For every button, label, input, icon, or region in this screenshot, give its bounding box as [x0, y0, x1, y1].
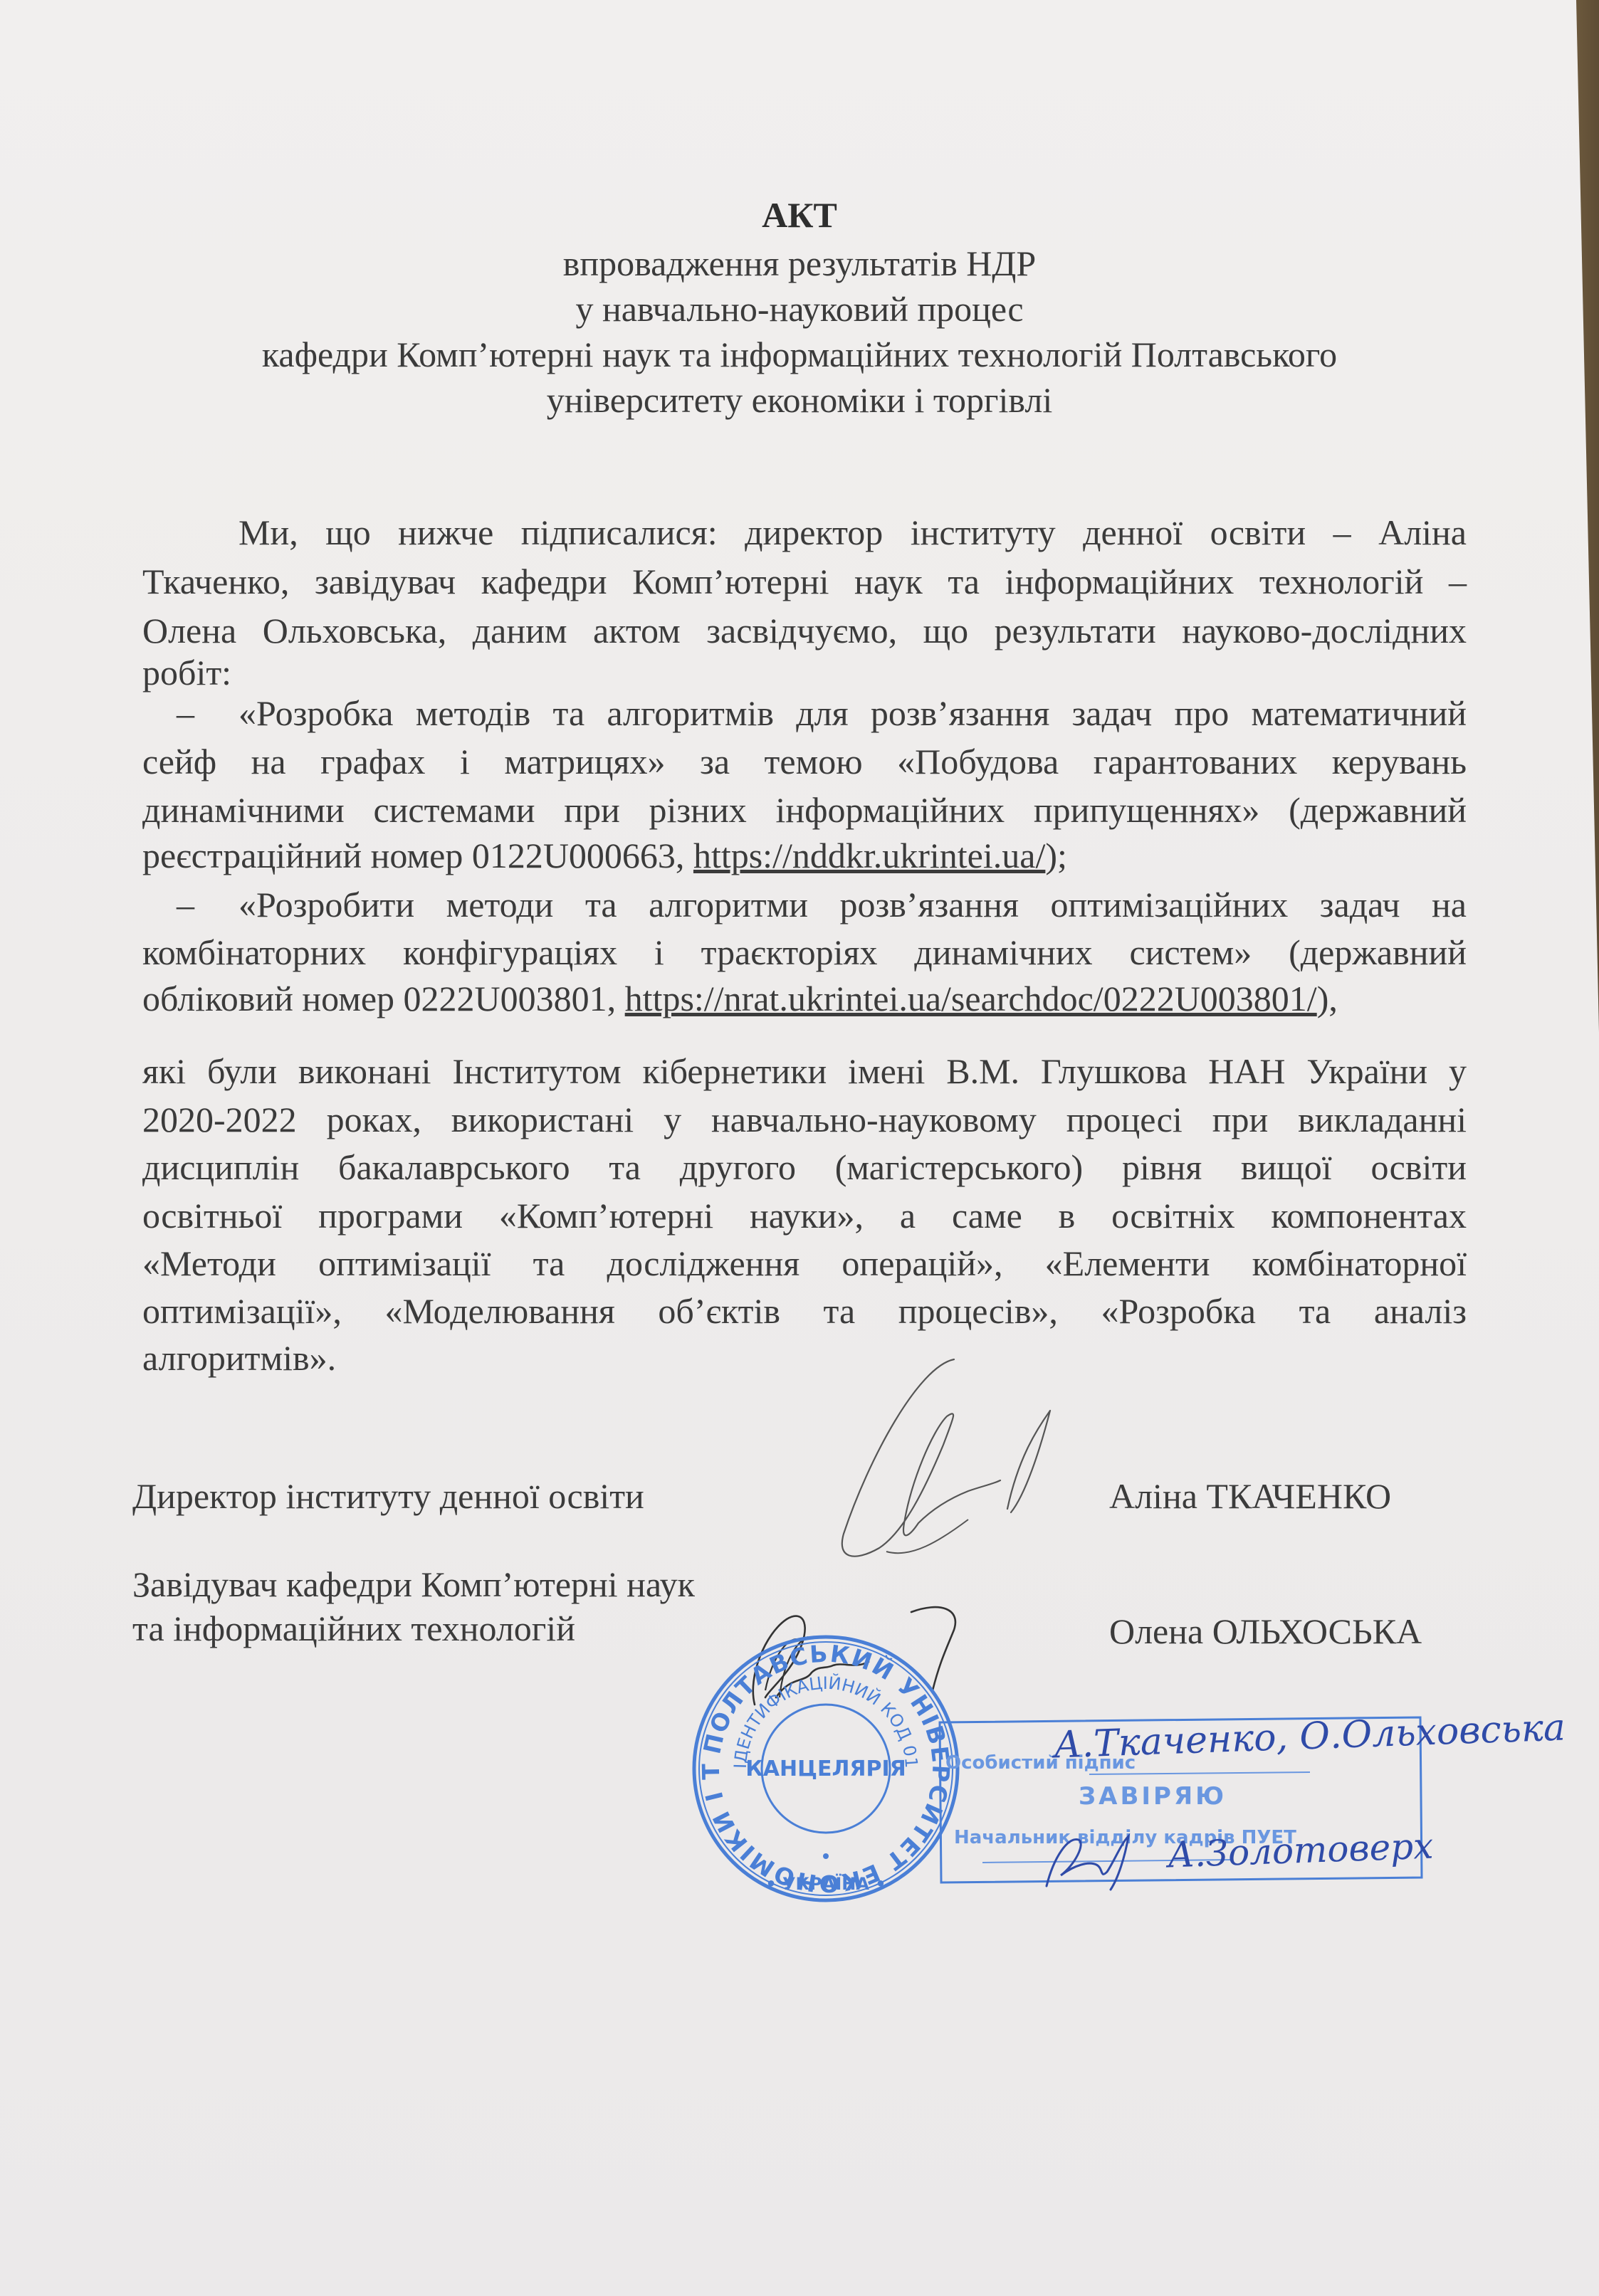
registration-text: обліковий номер 0222U003801, [142, 979, 625, 1018]
conclusion-line: алгоритмів». [142, 1337, 1467, 1379]
punctuation: ), [1317, 979, 1338, 1018]
list-item-line: обліковий номер 0222U003801, https://nra… [142, 977, 1467, 1020]
nddkr-link[interactable]: https://nddkr.ukrintei.ua/ [693, 836, 1045, 875]
conclusion-line: 2020-2022 роках, використані у навчально… [142, 1098, 1467, 1141]
stamp-bottom-text: • УКРАЇНА • [765, 1873, 886, 1894]
nrat-link[interactable]: https://nrat.ukrintei.ua/searchdoc/0222U… [625, 979, 1317, 1018]
punctuation: ); [1045, 836, 1067, 875]
intro-line: робіт: [142, 651, 1467, 694]
round-stamp: ПОЛТАВСЬКИЙ УНІВЕРСИТЕТ ЕКОНОМІКИ І ТОРГ… [687, 1630, 965, 1907]
conclusion-line: освітньої програми «Комп’ютерні науки», … [142, 1194, 1467, 1237]
list-bullet: – [177, 883, 194, 926]
signatory-position: Директор інституту денної освіти [132, 1475, 644, 1517]
document-title: АКТ [0, 194, 1599, 236]
stamp-center-text: КАНЦЕЛЯРІЯ [745, 1757, 906, 1781]
subtitle-line: впровадження результатів НДР [0, 242, 1599, 285]
conclusion-line: які були виконані Інститутом кібернетики… [142, 1050, 1467, 1092]
subtitle-line: університету економіки і торгівлі [0, 379, 1599, 421]
list-item-line: динамічними системами при різних інформа… [142, 789, 1467, 831]
signatory-position: Завідувач кафедри Комп’ютерні наук [132, 1563, 695, 1606]
registration-text: реєстраційний номер 0122U000663, [142, 836, 693, 875]
list-item-line: реєстраційний номер 0122U000663, https:/… [142, 834, 1467, 877]
signatory-name: Олена ОЛЬХОСЬКА [1109, 1610, 1422, 1653]
subtitle-line: кафедри Комп’ютерні наук та інформаційни… [0, 333, 1599, 376]
stamp-certify-text: ЗАВІРЯЮ [1079, 1782, 1227, 1811]
signatory-name: Аліна ТКАЧЕНКО [1109, 1475, 1391, 1517]
intro-line: Ми, що нижче підписалися: директор інсти… [238, 511, 1467, 554]
intro-line: Ткаченко, завідувач кафедри Комп’ютерні … [142, 560, 1467, 603]
list-item-line: сейф на графах і матрицях» за темою «Поб… [142, 740, 1467, 783]
intro-line: Олена Ольховська, даним актом засвідчуєм… [142, 609, 1467, 652]
conclusion-line: дисциплін бакалаврського та другого (маг… [142, 1146, 1467, 1189]
signatory-position: та інформаційних технологій [132, 1607, 575, 1650]
list-bullet: – [177, 692, 194, 734]
list-item-line: «Розробити методи та алгоритми розв’язан… [238, 883, 1467, 926]
hr-initials-signature [1039, 1822, 1146, 1893]
list-item-line: комбінаторних конфігураціях і траєкторія… [142, 931, 1467, 974]
subtitle-line: у навчально-науковий процес [0, 288, 1599, 330]
conclusion-line: «Методи оптимізації та дослідження опера… [142, 1242, 1467, 1285]
signature-tkachenko [819, 1345, 1089, 1587]
conclusion-line: оптимізації», «Моделювання об’єктів та п… [142, 1290, 1467, 1332]
list-item-line: «Розробка методів та алгоритмів для розв… [238, 692, 1467, 734]
